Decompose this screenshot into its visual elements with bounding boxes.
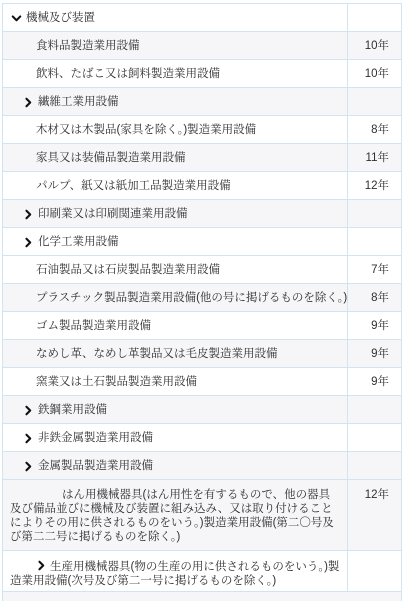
row-label: 機械及び装置 <box>26 11 95 25</box>
chevron-right-icon[interactable] <box>23 461 34 472</box>
row-label-cell: 化学工業用設備 <box>3 228 348 255</box>
row-label-cell: なめし革、なめし革製品又は毛皮製造業用設備 <box>3 340 348 367</box>
table-row[interactable]: 生産用機械器具(物の生産の用に供されるものをいう。)製造業用設備(次号及び第二一… <box>3 551 401 592</box>
row-years: 10年 <box>348 32 401 59</box>
table-row[interactable]: 非鉄金属製造業用設備 <box>3 424 401 452</box>
chevron-right-icon[interactable] <box>23 237 34 248</box>
table-row: ゴム製品製造業用設備 9年 <box>3 312 401 340</box>
row-years <box>348 88 401 115</box>
row-label-cell: 印刷業又は印刷関連業用設備 <box>3 200 348 227</box>
row-label: 飲料、たばこ又は飼料製造業用設備 <box>10 67 220 81</box>
row-label: 生産用機械器具(物の生産の用に供されるものをいう。)製造業用設備(次号及び第二一… <box>10 561 339 587</box>
row-label: 家具又は装備品製造業用設備 <box>10 151 186 165</box>
row-label: 鉄鋼業用設備 <box>38 403 107 417</box>
row-years: 12年 <box>348 480 401 550</box>
chevron-down-icon[interactable] <box>11 13 22 24</box>
table-row: プラスチック製品製造業用設備(他の号に掲げるものを除く。) 8年 <box>3 284 401 312</box>
row-years <box>348 452 401 479</box>
row-label-cell: はん用機械器具(はん用性を有するもので、他の器具及び備品並びに機械及び装置に組み… <box>3 480 348 550</box>
table-row[interactable]: 鉄鋼業用設備 <box>3 396 401 424</box>
row-years <box>348 200 401 227</box>
row-label-cell: 金属製品製造業用設備 <box>3 452 348 479</box>
chevron-right-icon[interactable] <box>23 97 34 108</box>
table-row: 家具又は装備品製造業用設備 11年 <box>3 144 401 172</box>
row-years: 8年 <box>348 116 401 143</box>
chevron-right-icon[interactable] <box>23 209 34 220</box>
row-label: 窯業又は土石製品製造業用設備 <box>10 375 197 389</box>
row-label: パルプ、紙又は紙加工品製造業用設備 <box>10 179 231 193</box>
table-row: 石油製品又は石炭製品製造業用設備 7年 <box>3 256 401 284</box>
row-years <box>348 396 401 423</box>
row-label-cell: プラスチック製品製造業用設備(他の号に掲げるものを除く。) <box>3 284 348 311</box>
table-row: 窯業又は土石製品製造業用設備 9年 <box>3 368 401 396</box>
row-label-cell: 鉄鋼業用設備 <box>3 396 348 423</box>
table-row: 飲料、たばこ又は飼料製造業用設備 10年 <box>3 60 401 88</box>
row-label: 印刷業又は印刷関連業用設備 <box>38 207 188 221</box>
row-label-cell: ゴム製品製造業用設備 <box>3 312 348 339</box>
row-years: 7年 <box>348 256 401 283</box>
row-label: はん用機械器具(はん用性を有するもので、他の器具及び備品並びに機械及び装置に組み… <box>10 489 334 543</box>
row-label: なめし革、なめし革製品又は毛皮製造業用設備 <box>10 347 278 361</box>
table-row: はん用機械器具(はん用性を有するもので、他の器具及び備品並びに機械及び装置に組み… <box>3 480 401 551</box>
row-label: 繊維工業用設備 <box>38 95 119 109</box>
table-row[interactable]: 繊維工業用設備 <box>3 88 401 116</box>
row-label-cell: 飲料、たばこ又は飼料製造業用設備 <box>3 60 348 87</box>
table-row: 食料品製造業用設備 10年 <box>3 32 401 60</box>
depreciation-table: 機械及び装置 食料品製造業用設備 10年 飲料、たばこ又は飼料製造業用設備 10… <box>2 3 402 600</box>
row-label: ゴム製品製造業用設備 <box>10 319 151 333</box>
table-row: 木材又は木製品(家具を除く。)製造業用設備 8年 <box>3 116 401 144</box>
row-label-cell: 木材又は木製品(家具を除く。)製造業用設備 <box>3 116 348 143</box>
row-label-cell: 繊維工業用設備 <box>3 88 348 115</box>
partial-next-row <box>3 592 401 600</box>
row-label: 化学工業用設備 <box>38 235 119 249</box>
table-row: なめし革、なめし革製品又は毛皮製造業用設備 9年 <box>3 340 401 368</box>
row-years: 12年 <box>348 172 401 199</box>
table-row[interactable]: 機械及び装置 <box>3 4 401 32</box>
table-row[interactable]: 化学工業用設備 <box>3 228 401 256</box>
row-label-cell: 家具又は装備品製造業用設備 <box>3 144 348 171</box>
chevron-right-icon[interactable] <box>23 433 34 444</box>
row-years: 10年 <box>348 60 401 87</box>
table-row[interactable]: 金属製品製造業用設備 <box>3 452 401 480</box>
row-years: 9年 <box>348 368 401 395</box>
row-years <box>348 551 401 591</box>
row-years <box>348 424 401 451</box>
row-years: 8年 <box>348 284 401 311</box>
row-label: 食料品製造業用設備 <box>10 39 140 53</box>
row-label: 非鉄金属製造業用設備 <box>38 431 153 445</box>
row-label-cell: 生産用機械器具(物の生産の用に供されるものをいう。)製造業用設備(次号及び第二一… <box>3 551 348 591</box>
chevron-right-icon[interactable] <box>36 562 47 574</box>
row-years: 11年 <box>348 144 401 171</box>
row-years <box>348 4 401 31</box>
row-label-cell: 非鉄金属製造業用設備 <box>3 424 348 451</box>
row-label-cell: 機械及び装置 <box>3 4 348 31</box>
row-label-cell: 石油製品又は石炭製品製造業用設備 <box>3 256 348 283</box>
row-label: 木材又は木製品(家具を除く。)製造業用設備 <box>10 123 256 137</box>
chevron-right-icon[interactable] <box>23 405 34 416</box>
row-label-cell: 食料品製造業用設備 <box>3 32 348 59</box>
table-row[interactable]: 印刷業又は印刷関連業用設備 <box>3 200 401 228</box>
row-label: プラスチック製品製造業用設備(他の号に掲げるものを除く。) <box>10 291 347 305</box>
row-years: 9年 <box>348 340 401 367</box>
table-row: パルプ、紙又は紙加工品製造業用設備 12年 <box>3 172 401 200</box>
row-label-cell: 窯業又は土石製品製造業用設備 <box>3 368 348 395</box>
row-label: 金属製品製造業用設備 <box>38 459 153 473</box>
row-years: 9年 <box>348 312 401 339</box>
row-label: 石油製品又は石炭製品製造業用設備 <box>10 263 220 277</box>
row-label-cell: パルプ、紙又は紙加工品製造業用設備 <box>3 172 348 199</box>
row-years <box>348 228 401 255</box>
